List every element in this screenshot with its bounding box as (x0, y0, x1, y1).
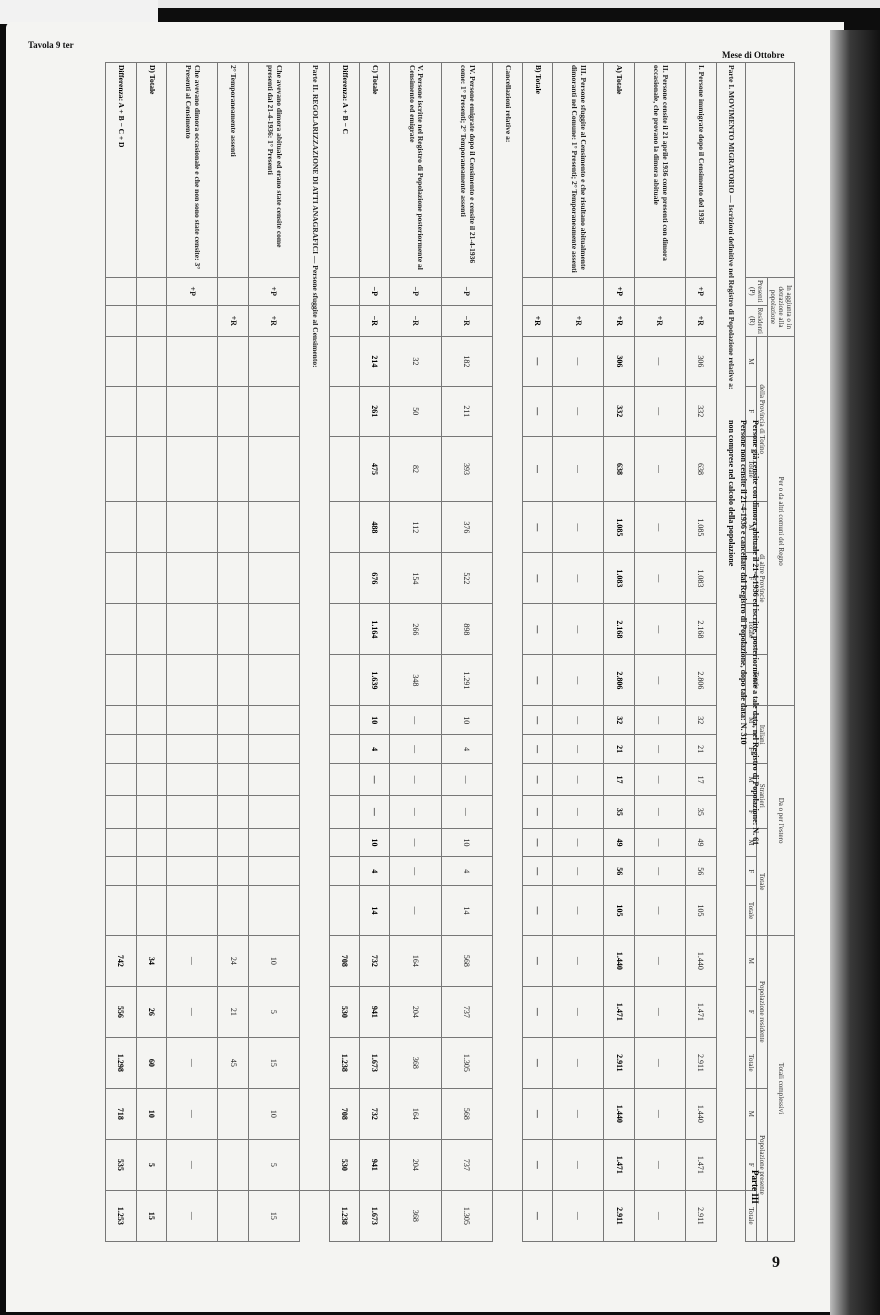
cell-value (248, 502, 299, 553)
cell-value (136, 735, 166, 764)
cell-value: — (634, 764, 685, 796)
header-comuni: Per o da altri comuni del Regno (768, 337, 795, 706)
cell-value (167, 886, 218, 936)
cell-value: — (390, 828, 441, 857)
cell-value: 568 (441, 1088, 492, 1139)
cell-value: 1.291 (441, 655, 492, 706)
cell-value (329, 796, 359, 828)
cell-value: 2.911 (686, 1037, 716, 1088)
cell-value (136, 764, 166, 796)
effect-marker (522, 278, 552, 306)
cell-value (167, 828, 218, 857)
cell-value: — (634, 337, 685, 387)
cell-value: 1.673 (360, 1190, 390, 1241)
cell-value (248, 604, 299, 655)
row-label: Parte II. REGOLARIZZAZIONE DI ATTI ANAGR… (300, 63, 329, 1191)
table-row: Differenza: A + B − C7085301.2387085301.… (329, 63, 359, 1242)
cell-value (248, 886, 299, 936)
cell-value: 1.673 (360, 1037, 390, 1088)
cell-value (218, 553, 248, 604)
cell-value: 261 (360, 386, 390, 436)
table-row: Differenza: A + B − C + D7425561.2987185… (106, 63, 137, 1242)
effect-marker (136, 305, 166, 336)
cell-value: 1.305 (441, 1190, 492, 1241)
cell-value: — (522, 1088, 552, 1139)
cell-value: 306 (604, 337, 634, 387)
cell-value: 2.911 (604, 1037, 634, 1088)
cell-value: 5 (248, 1139, 299, 1190)
effect-marker: +R (553, 305, 604, 336)
cell-value: — (634, 796, 685, 828)
cell-value: 1.164 (360, 604, 390, 655)
cell-value (329, 655, 359, 706)
cell-value: — (553, 886, 604, 936)
cell-value (136, 436, 166, 502)
cell-value: 1.238 (329, 1037, 359, 1088)
cell-value (329, 604, 359, 655)
cell-value: 17 (604, 764, 634, 796)
effect-marker: +P (248, 278, 299, 306)
cell-value (218, 604, 248, 655)
effect-marker: +P (167, 278, 218, 306)
cell-value: 2.806 (686, 655, 716, 706)
cell-value: 393 (441, 436, 492, 502)
month-label: Mese di Ottobre (722, 50, 784, 60)
cell-value: — (553, 828, 604, 857)
cell-value: — (634, 1037, 685, 1088)
cell-value: 638 (604, 436, 634, 502)
cell-value (106, 857, 137, 886)
row-label: 2° Temporaneamente assenti (218, 63, 248, 278)
cell-value: 56 (686, 857, 716, 886)
table-row: I. Persone immigrate dopo il Censimento … (686, 63, 716, 1242)
cell-value: — (522, 735, 552, 764)
cell-value: 718 (106, 1088, 137, 1139)
effect-marker: +R (686, 305, 716, 336)
cell-value: — (522, 386, 552, 436)
cell-value: 10 (441, 706, 492, 735)
cell-value: — (634, 1088, 685, 1139)
table-body: Parte I. MOVIMENTO MIGRATORIO — Iscrizio… (106, 63, 746, 1242)
cell-value: 530 (329, 986, 359, 1037)
cell-value (248, 386, 299, 436)
cell-value: — (553, 706, 604, 735)
cell-value: 941 (360, 1139, 390, 1190)
cell-value (106, 735, 137, 764)
row-label: Differenza: A + B − C + D (106, 63, 137, 278)
cell-value (218, 828, 248, 857)
table-row: A) Totale+P+R3063326381.0851.0832.1682.8… (604, 63, 634, 1242)
cell-value: — (634, 604, 685, 655)
cell-value (106, 828, 137, 857)
cell-value: 164 (390, 935, 441, 986)
cell-value: 4 (441, 857, 492, 886)
cell-value (329, 828, 359, 857)
cell-value (106, 386, 137, 436)
cell-value (248, 764, 299, 796)
cell-value (218, 796, 248, 828)
cell-value: 742 (106, 935, 137, 986)
cell-value (248, 436, 299, 502)
effect-marker: −P (390, 278, 441, 306)
table-row: Che avevano dimora abituale ed erano sta… (248, 63, 299, 1242)
cell-value: — (522, 553, 552, 604)
cell-value (329, 857, 359, 886)
cell-value: 368 (390, 1190, 441, 1241)
cell-value: 112 (390, 502, 441, 553)
cell-value: — (553, 1139, 604, 1190)
cell-value (329, 553, 359, 604)
cell-value: 348 (390, 655, 441, 706)
cell-value: 5 (136, 1139, 166, 1190)
effect-marker: −R (441, 305, 492, 336)
cell-value: 737 (441, 986, 492, 1037)
row-label: B) Totale (522, 63, 552, 278)
cell-value: 35 (686, 796, 716, 828)
effect-marker (329, 278, 359, 306)
cell-value: 15 (136, 1190, 166, 1241)
cell-value (106, 337, 137, 387)
cell-value (218, 886, 248, 936)
cell-value: 10 (360, 828, 390, 857)
cell-value (136, 337, 166, 387)
effect-marker: +R (604, 305, 634, 336)
cell-value: 488 (360, 502, 390, 553)
cell-value: 1.305 (441, 1037, 492, 1088)
table-row: Che avevano dimora occasionale e che non… (167, 63, 218, 1242)
cell-value: — (553, 436, 604, 502)
cell-value: — (634, 828, 685, 857)
effect-marker: +P (604, 278, 634, 306)
cell-value: 1.253 (106, 1190, 137, 1241)
header-effect: In aggiunta o in detrazione alla popolaz… (768, 278, 795, 337)
table-row: B) Totale+R———————————————————— (522, 63, 552, 1242)
cell-value (106, 796, 137, 828)
cell-value: — (553, 386, 604, 436)
cell-value: 4 (441, 735, 492, 764)
cell-value: — (634, 935, 685, 986)
cell-value: 475 (360, 436, 390, 502)
effect-marker (106, 305, 137, 336)
cell-value (106, 604, 137, 655)
cell-value (329, 436, 359, 502)
effect-marker (106, 278, 137, 306)
cell-value: 306 (686, 337, 716, 387)
effect-marker (634, 278, 685, 306)
cell-value: 1.440 (686, 935, 716, 986)
cell-value: — (522, 706, 552, 735)
footnote-line2: Persone non censite il 21-4-1936 e cance… (739, 420, 748, 1060)
footnote-line1: Persone già censite con dimora abituale … (751, 420, 760, 1060)
cell-value (218, 764, 248, 796)
cell-value: 2.168 (686, 604, 716, 655)
cell-value: 1.471 (686, 986, 716, 1037)
cell-value: — (167, 1088, 218, 1139)
cell-value: 1.083 (604, 553, 634, 604)
cell-value: 1.440 (686, 1088, 716, 1139)
cell-value: 1.085 (604, 502, 634, 553)
section-row: Cancellazioni relative a: (493, 63, 522, 1242)
cell-value (248, 735, 299, 764)
cell-value (167, 735, 218, 764)
cell-value: 556 (106, 986, 137, 1037)
cell-value (167, 706, 218, 735)
cell-value: 708 (329, 1088, 359, 1139)
cell-value (218, 386, 248, 436)
cell-value (136, 553, 166, 604)
cell-value (106, 706, 137, 735)
cell-value (136, 386, 166, 436)
cell-value: 10 (360, 706, 390, 735)
cell-value (329, 886, 359, 936)
cell-value: — (553, 1088, 604, 1139)
cell-value: 376 (441, 502, 492, 553)
cell-value: — (522, 436, 552, 502)
cell-value: 10 (441, 828, 492, 857)
cell-value: — (553, 502, 604, 553)
cell-value: 214 (360, 337, 390, 387)
section-row: Parte II. REGOLARIZZAZIONE DI ATTI ANAGR… (300, 63, 329, 1242)
cell-value (106, 886, 137, 936)
cell-value: 5 (248, 986, 299, 1037)
row-label: II. Persone censite il 21 aprile 1936 co… (634, 63, 685, 278)
cell-value: — (553, 735, 604, 764)
cell-value (167, 796, 218, 828)
cell-value: 638 (686, 436, 716, 502)
cell-value: 1.639 (360, 655, 390, 706)
cell-value: 45 (218, 1037, 248, 1088)
cell-value: — (522, 337, 552, 387)
cell-value (167, 857, 218, 886)
cell-value: — (441, 796, 492, 828)
cell-value: — (390, 886, 441, 936)
header-presenti: Presenti (P) (746, 278, 768, 306)
cell-value: — (522, 1190, 552, 1241)
cell-value: 568 (441, 935, 492, 986)
cell-value (167, 764, 218, 796)
table-row: D) Totale34266010515 (136, 63, 166, 1242)
cell-value: 17 (686, 764, 716, 796)
cell-value: — (390, 735, 441, 764)
cell-value: 14 (360, 886, 390, 936)
cell-value: 10 (248, 935, 299, 986)
cell-value (167, 436, 218, 502)
cell-value (218, 1190, 248, 1241)
cell-value: 941 (360, 986, 390, 1037)
cell-value: — (522, 604, 552, 655)
cell-value: 10 (248, 1088, 299, 1139)
cell-value: 332 (686, 386, 716, 436)
cell-value: — (634, 857, 685, 886)
row-label: I. Persone immigrate dopo il Censimento … (686, 63, 716, 278)
cell-value (106, 436, 137, 502)
effect-marker: +R (218, 305, 248, 336)
cell-value: — (553, 337, 604, 387)
effect-marker (329, 305, 359, 336)
cell-value: — (634, 655, 685, 706)
cell-value: 34 (136, 935, 166, 986)
cell-value (106, 655, 137, 706)
cell-value: — (522, 828, 552, 857)
cell-value: 2.168 (604, 604, 634, 655)
cell-value: 21 (604, 735, 634, 764)
cell-value (136, 706, 166, 735)
cell-value (329, 502, 359, 553)
cell-value (136, 857, 166, 886)
row-label: Differenza: A + B − C (329, 63, 359, 278)
cell-value: — (553, 857, 604, 886)
cell-value: — (441, 764, 492, 796)
cell-value: 1.085 (686, 502, 716, 553)
cell-value: 732 (360, 1088, 390, 1139)
cell-value: 10 (136, 1088, 166, 1139)
table-label: Tavola 9 ter (28, 40, 74, 50)
header-m: M (746, 1088, 757, 1139)
cell-value: 1.298 (106, 1037, 137, 1088)
parte3-label: Parte III (750, 1170, 760, 1204)
cell-value: 204 (390, 986, 441, 1037)
cell-value: — (522, 655, 552, 706)
effect-marker (167, 305, 218, 336)
cell-value: 732 (360, 935, 390, 986)
cell-value (167, 337, 218, 387)
cell-value (248, 828, 299, 857)
cell-value (136, 796, 166, 828)
effect-marker: +R (634, 305, 685, 336)
cell-value: — (390, 796, 441, 828)
cell-value: 21 (686, 735, 716, 764)
migration-table: In aggiunta o in detrazione alla popolaz… (105, 62, 795, 1242)
cell-value (136, 604, 166, 655)
cell-value (106, 553, 137, 604)
effect-marker: +R (248, 305, 299, 336)
effect-marker (218, 278, 248, 306)
cell-value: 1.471 (604, 986, 634, 1037)
cell-value: — (553, 655, 604, 706)
table-row: V. Persone iscritte nel Registro di Popo… (390, 63, 441, 1242)
binding-shadow (830, 30, 880, 1315)
cell-value: — (360, 764, 390, 796)
cell-value: 1.238 (329, 1190, 359, 1241)
effect-marker: +R (522, 305, 552, 336)
cell-value: — (634, 553, 685, 604)
cell-value (248, 857, 299, 886)
header-pop-presente: Popolazione presente (757, 1088, 768, 1241)
cell-value: — (167, 986, 218, 1037)
cell-value (218, 735, 248, 764)
cell-value: — (167, 1139, 218, 1190)
cell-value: 105 (604, 886, 634, 936)
table-row: III. Persone sfuggite al Censimento e ch… (553, 63, 604, 1242)
header-totali: Totali complessivi (768, 935, 795, 1241)
row-label: Che avevano dimora abituale ed erano sta… (248, 63, 299, 278)
cell-value: — (360, 796, 390, 828)
page-number: 9 (772, 1254, 780, 1272)
table-row: IV. Persone emigrate dopo il Censimento … (441, 63, 492, 1242)
cell-value (218, 337, 248, 387)
cell-value: 1.440 (604, 935, 634, 986)
cell-value (248, 553, 299, 604)
cell-value (218, 436, 248, 502)
cell-value: 35 (604, 796, 634, 828)
cell-value: 49 (604, 828, 634, 857)
cell-value: 32 (686, 706, 716, 735)
cell-value: 24 (218, 935, 248, 986)
scan-margin (0, 0, 158, 24)
cell-value: 1.471 (686, 1139, 716, 1190)
cell-value (106, 764, 137, 796)
effect-marker: −P (360, 278, 390, 306)
cell-value (218, 502, 248, 553)
cell-value (218, 857, 248, 886)
header-m: M (746, 337, 757, 387)
cell-value: 266 (390, 604, 441, 655)
cell-value (218, 706, 248, 735)
cell-value: — (390, 764, 441, 796)
cell-value: 32 (390, 337, 441, 387)
cell-value (136, 828, 166, 857)
cell-value: — (634, 735, 685, 764)
cell-value: 15 (248, 1037, 299, 1088)
cell-value: 105 (686, 886, 716, 936)
cell-value: — (167, 1037, 218, 1088)
cell-value: 530 (329, 1139, 359, 1190)
cell-value: 368 (390, 1037, 441, 1088)
cell-value: 164 (390, 1088, 441, 1139)
cell-value: 21 (218, 986, 248, 1037)
cell-value: — (522, 1139, 552, 1190)
cell-value: — (522, 1037, 552, 1088)
cell-value: — (553, 986, 604, 1037)
cell-value (218, 1139, 248, 1190)
cell-value: 1.440 (604, 1088, 634, 1139)
cell-value: 56 (604, 857, 634, 886)
cell-value: — (634, 986, 685, 1037)
cell-value: 154 (390, 553, 441, 604)
footnote-note: non comprese nel calcolo della popolazio… (727, 420, 736, 1060)
row-label: Cancellazioni relative a: (493, 63, 522, 1191)
cell-value: — (390, 857, 441, 886)
cell-value: 26 (136, 986, 166, 1037)
cell-value: — (522, 935, 552, 986)
cell-value: 82 (390, 436, 441, 502)
cell-value (167, 655, 218, 706)
cell-value: — (634, 1190, 685, 1241)
cell-value (329, 337, 359, 387)
row-label: A) Totale (604, 63, 634, 278)
row-label: V. Persone iscritte nel Registro di Popo… (390, 63, 441, 278)
cell-value: — (522, 986, 552, 1037)
effect-marker: −R (360, 305, 390, 336)
cell-value: — (634, 386, 685, 436)
row-label: IV. Persone emigrate dopo il Censimento … (441, 63, 492, 278)
cell-value: 737 (441, 1139, 492, 1190)
cell-value (329, 735, 359, 764)
cell-value (167, 502, 218, 553)
effect-marker (553, 278, 604, 306)
cell-value: — (634, 436, 685, 502)
cell-value: 49 (686, 828, 716, 857)
cell-value: — (553, 935, 604, 986)
cell-value: — (553, 1037, 604, 1088)
cell-value (136, 502, 166, 553)
row-label-header (746, 63, 795, 278)
cell-value: — (167, 1190, 218, 1241)
cell-value: 211 (441, 386, 492, 436)
cell-value: — (634, 502, 685, 553)
cell-value: — (634, 886, 685, 936)
cell-value: 15 (248, 1190, 299, 1241)
